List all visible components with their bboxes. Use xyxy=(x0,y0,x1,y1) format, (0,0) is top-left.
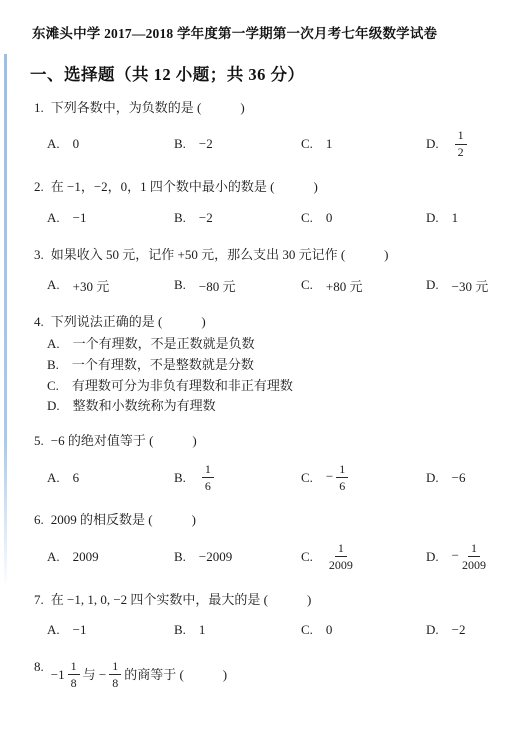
option-label: B. xyxy=(47,356,59,374)
question-list: 1.下列各数中，为负数的是 ( )A.0B.−2C.1D.122.在 −1，−2… xyxy=(32,99,511,692)
option-label: C. xyxy=(301,210,313,226)
fraction: 18 xyxy=(109,660,121,689)
option-label: C. xyxy=(47,377,59,395)
option-value: 一个有理数，不是整数就是分数 xyxy=(72,356,254,374)
option-value: 整数和小数统称为有理数 xyxy=(73,397,216,415)
option: B.−2009 xyxy=(174,549,301,565)
question: 8.−118 与 −18 的商等于 ( ) xyxy=(34,658,511,691)
option-value: −2 xyxy=(199,210,213,226)
option-label: A. xyxy=(47,549,60,565)
question-text: −6 的绝对值等于 ( ) xyxy=(51,432,197,451)
option-label: C. xyxy=(301,470,313,486)
fraction: 18 xyxy=(68,660,80,689)
option-value: 0 xyxy=(326,210,333,226)
option: B.−2 xyxy=(174,136,301,152)
options: A.6B.16C.−16D.−6 xyxy=(34,461,511,494)
option: A.一个有理数，不是正数就是负数 xyxy=(47,335,511,353)
question-stem: 7.在 −1, 1, 0, −2 四个实数中，最大的是 ( ) xyxy=(34,591,511,610)
option: B.16 xyxy=(174,461,301,494)
fraction: 16 xyxy=(202,463,214,492)
question: 5.−6 的绝对值等于 ( )A.6B.16C.−16D.−6 xyxy=(34,432,511,494)
option: A.0 xyxy=(47,136,174,152)
option: D.1 xyxy=(426,210,511,226)
option-label: C. xyxy=(301,136,313,152)
option: A.6 xyxy=(47,470,174,486)
question-text: 在 −1，−2，0，1 四个数中最小的数是 ( ) xyxy=(51,178,318,197)
question-number: 4. xyxy=(34,313,44,332)
option: C.有理数可分为非负有理数和非正有理数 xyxy=(47,377,511,395)
option-value: 1 xyxy=(326,136,333,152)
question-number: 2. xyxy=(34,178,44,197)
option-value: 16 xyxy=(199,461,217,494)
option-label: D. xyxy=(426,210,439,226)
option-label: B. xyxy=(174,210,186,226)
option-value: 1 xyxy=(199,622,206,638)
option-value: 有理数可分为非负有理数和非正有理数 xyxy=(72,377,293,395)
option-label: C. xyxy=(301,277,313,293)
option-label: B. xyxy=(174,136,186,152)
question-stem: 6.2009 的相反数是 ( ) xyxy=(34,511,511,530)
options: A.0B.−2C.1D.12 xyxy=(34,127,511,160)
option-value: +30 元 xyxy=(73,276,110,295)
option-value: −2 xyxy=(452,622,466,638)
option-value: −12009 xyxy=(452,540,489,573)
option-label: D. xyxy=(426,470,439,486)
option-label: C. xyxy=(301,549,313,565)
option-value: 0 xyxy=(326,622,333,638)
option-value: 6 xyxy=(73,470,80,486)
options: A.−1B.1C.0D.−2 xyxy=(34,619,511,641)
question-number: 3. xyxy=(34,246,44,265)
option: B.−80 元 xyxy=(174,276,301,295)
question-stem: 1.下列各数中，为负数的是 ( ) xyxy=(34,99,511,118)
question-number: 8. xyxy=(34,658,44,677)
question-stem: 2.在 −1，−2，0，1 四个数中最小的数是 ( ) xyxy=(34,178,511,197)
option-value: 12009 xyxy=(326,540,356,573)
options: A.−1B.−2C.0D.1 xyxy=(34,207,511,229)
option-value: 0 xyxy=(73,136,80,152)
option-value: −2 xyxy=(199,136,213,152)
option: C.0 xyxy=(301,210,426,226)
option-value: −1 xyxy=(73,210,87,226)
option: A.−1 xyxy=(47,622,174,638)
option-label: A. xyxy=(47,136,60,152)
question-text: 2009 的相反数是 ( ) xyxy=(51,511,196,530)
option: D.−2 xyxy=(426,622,511,638)
options: A.+30 元B.−80 元C.+80 元D.−30 元 xyxy=(34,274,511,296)
option: C.12009 xyxy=(301,540,426,573)
question-number: 7. xyxy=(34,591,44,610)
option-label: A. xyxy=(47,470,60,486)
option: B.1 xyxy=(174,622,301,638)
question-text: 下列各数中，为负数的是 ( ) xyxy=(51,99,245,118)
options: A.2009B.−2009C.12009D.−12009 xyxy=(34,540,511,573)
option-label: B. xyxy=(174,622,186,638)
accent-line xyxy=(4,54,7,589)
question: 1.下列各数中，为负数的是 ( )A.0B.−2C.1D.12 xyxy=(34,99,511,161)
option-label: A. xyxy=(47,210,60,226)
exam-paper: 东滩头中学 2017—2018 学年度第一学期第一次月考七年级数学试卷 一、选择… xyxy=(0,0,517,692)
option: C.−16 xyxy=(301,461,426,494)
option-value: −80 元 xyxy=(199,276,236,295)
fraction: 12009 xyxy=(329,542,353,571)
option: A.−1 xyxy=(47,210,174,226)
option: D.−30 元 xyxy=(426,276,511,295)
question-text: −118 与 −18 的商等于 ( ) xyxy=(51,658,227,691)
option-value: 1 xyxy=(452,210,459,226)
option-value: −2009 xyxy=(199,549,232,565)
option-value: +80 元 xyxy=(326,276,363,295)
fraction: 12009 xyxy=(462,542,486,571)
option-label: D. xyxy=(426,277,439,293)
option-label: B. xyxy=(174,549,186,565)
question: 6.2009 的相反数是 ( )A.2009B.−2009C.12009D.−1… xyxy=(34,511,511,573)
option-label: A. xyxy=(47,335,60,353)
option-label: C. xyxy=(301,622,313,638)
option: B.一个有理数，不是整数就是分数 xyxy=(47,356,511,374)
question: 2.在 −1，−2，0，1 四个数中最小的数是 ( )A.−1B.−2C.0D.… xyxy=(34,178,511,229)
option: C.0 xyxy=(301,622,426,638)
question-text: 下列说法正确的是 ( ) xyxy=(51,313,206,332)
question-number: 1. xyxy=(34,99,44,118)
question: 7.在 −1, 1, 0, −2 四个实数中，最大的是 ( )A.−1B.1C.… xyxy=(34,591,511,642)
option-label: B. xyxy=(174,470,186,486)
option: D.−12009 xyxy=(426,540,511,573)
option-label: A. xyxy=(47,277,60,293)
exam-title: 东滩头中学 2017—2018 学年度第一学期第一次月考七年级数学试卷 xyxy=(32,26,511,42)
option-value: 2009 xyxy=(73,549,99,565)
option: D.12 xyxy=(426,127,511,160)
question-number: 5. xyxy=(34,432,44,451)
option-label: D. xyxy=(426,622,439,638)
fraction: 12 xyxy=(455,129,467,158)
option: B.−2 xyxy=(174,210,301,226)
option-label: B. xyxy=(174,277,186,293)
option: C.1 xyxy=(301,136,426,152)
option: A.+30 元 xyxy=(47,276,174,295)
options: A.一个有理数，不是正数就是负数B.一个有理数，不是整数就是分数C.有理数可分为… xyxy=(34,335,511,415)
option: C.+80 元 xyxy=(301,276,426,295)
question-number: 6. xyxy=(34,511,44,530)
option-value: −16 xyxy=(326,461,351,494)
option-value: 12 xyxy=(452,127,470,160)
option-value: 一个有理数，不是正数就是负数 xyxy=(73,335,255,353)
question-text: 如果收入 50 元，记作 +50 元，那么支出 30 元记作 ( ) xyxy=(51,246,389,265)
question-stem: 4.下列说法正确的是 ( ) xyxy=(34,313,511,332)
question-stem: 8.−118 与 −18 的商等于 ( ) xyxy=(34,658,511,691)
option-value: −6 xyxy=(452,470,466,486)
option: A.2009 xyxy=(47,549,174,565)
question-text: 在 −1, 1, 0, −2 四个实数中，最大的是 ( ) xyxy=(51,591,312,610)
option-label: A. xyxy=(47,622,60,638)
section-heading: 一、选择题（共 12 小题；共 36 分） xyxy=(30,64,511,85)
question: 4.下列说法正确的是 ( )A.一个有理数，不是正数就是负数B.一个有理数，不是… xyxy=(34,313,511,415)
question-stem: 3.如果收入 50 元，记作 +50 元，那么支出 30 元记作 ( ) xyxy=(34,246,511,265)
option: D.−6 xyxy=(426,470,511,486)
fraction: 16 xyxy=(336,463,348,492)
option-value: −30 元 xyxy=(452,276,489,295)
option: D.整数和小数统称为有理数 xyxy=(47,397,511,415)
option-value: −1 xyxy=(73,622,87,638)
question-stem: 5.−6 的绝对值等于 ( ) xyxy=(34,432,511,451)
option-label: D. xyxy=(426,549,439,565)
option-label: D. xyxy=(47,397,60,415)
option-label: D. xyxy=(426,136,439,152)
question: 3.如果收入 50 元，记作 +50 元，那么支出 30 元记作 ( )A.+3… xyxy=(34,246,511,297)
